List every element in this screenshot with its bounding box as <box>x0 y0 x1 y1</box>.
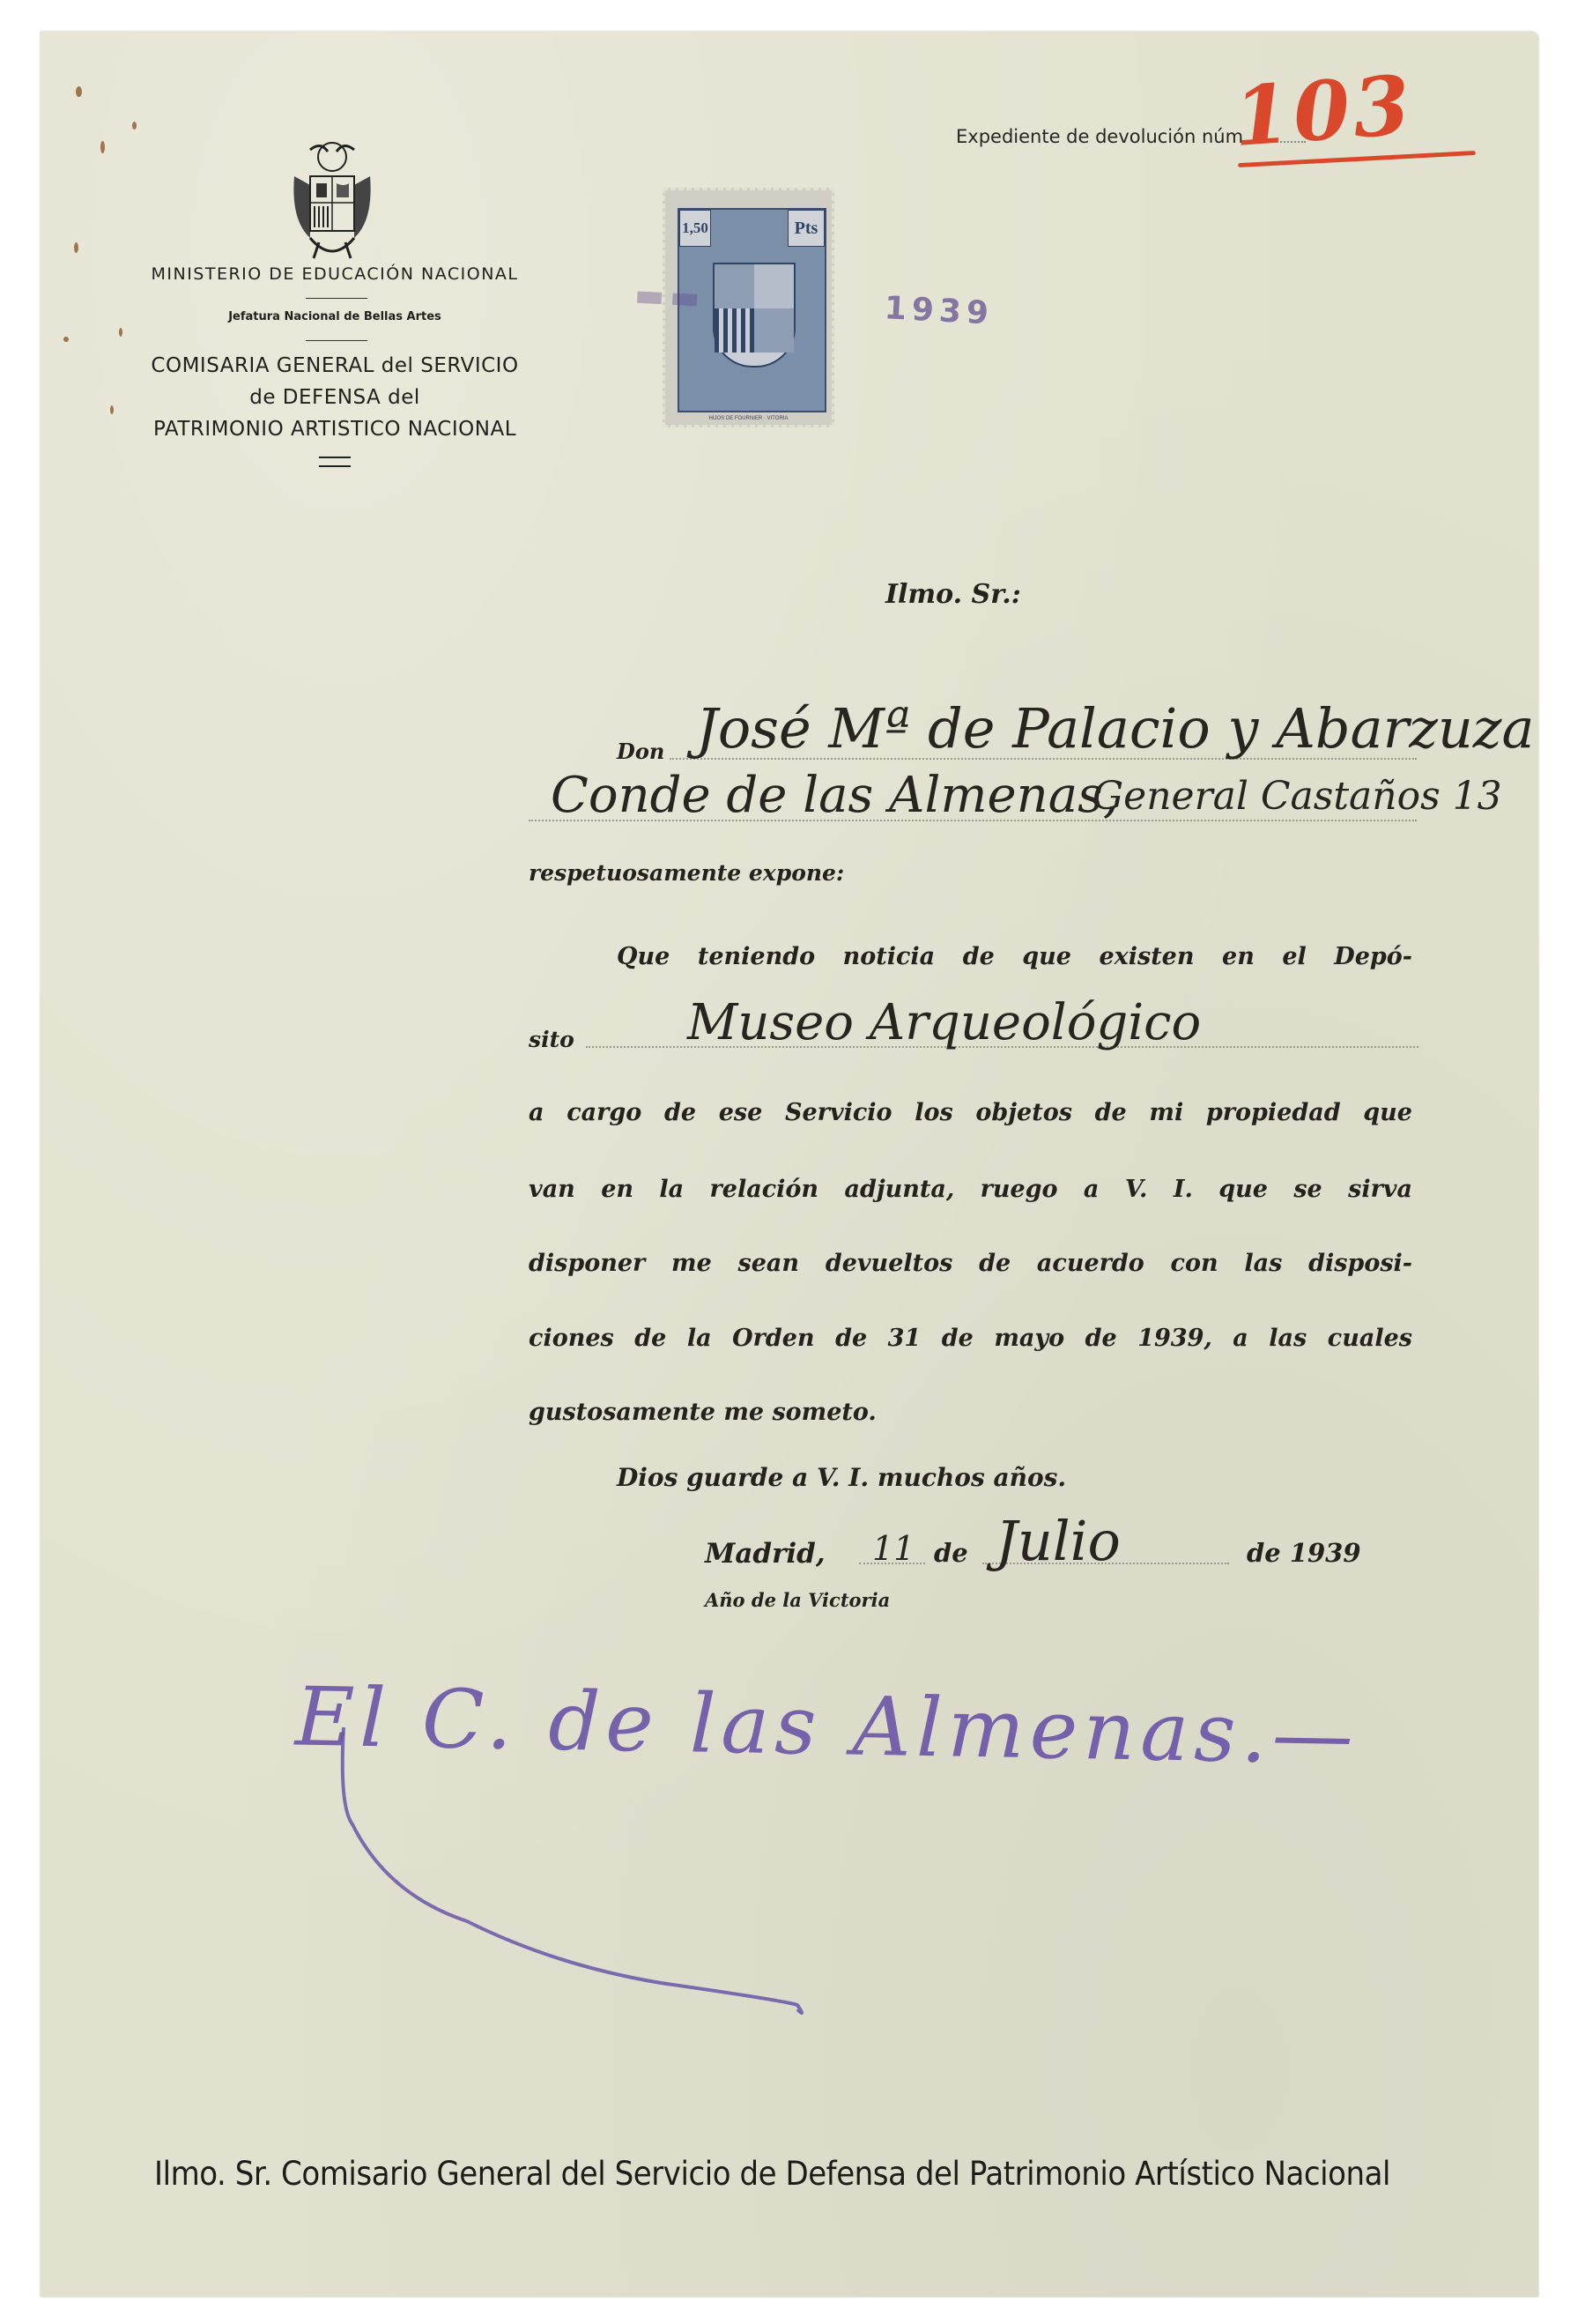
foxing-spot <box>76 86 82 97</box>
foxing-spot <box>100 141 105 153</box>
foxing-spot <box>63 337 69 342</box>
signature-flourish <box>291 1701 819 2018</box>
divider <box>306 298 367 299</box>
stamp-currency: Pts <box>788 210 825 247</box>
coat-of-arms-icon <box>284 132 381 264</box>
comisaria-heading-line3: PATRIMONIO ARTISTICO NACIONAL <box>132 418 537 441</box>
double-rule <box>319 457 351 467</box>
salutation: Ilmo. Sr.: <box>885 579 1021 610</box>
foxing-spot <box>119 328 122 337</box>
body-line-5: disponer me sean devueltos de acuerdo co… <box>529 1250 1412 1277</box>
comisaria-heading-line2: de DEFENSA del <box>132 386 537 409</box>
closing-line: Dios guarde a V. I. muchos años. <box>617 1463 1066 1492</box>
sito-label: sito <box>529 1027 574 1052</box>
petitioner-title: Conde de las Almenas, <box>551 767 1119 824</box>
body-line-1: Que teniendo noticia de que existen en e… <box>617 943 1412 970</box>
date-month: Julio <box>996 1509 1121 1573</box>
expediente-label-text: Expediente de devolución núm. <box>956 126 1249 147</box>
expediente-number: 103 <box>1230 57 1416 165</box>
petitioner-address: General Castaños 13 <box>1092 774 1502 819</box>
date-day: 11 <box>872 1529 915 1568</box>
petitioner-name: José Mª de Palacio y Abarzuza <box>696 696 1534 761</box>
stamp-printer-text: HIJOS DE FOURNIER · VITORIA <box>665 416 832 421</box>
foxing-spot <box>132 122 137 130</box>
addressee-footer: Ilmo. Sr. Comisario General del Servicio… <box>154 2155 1390 2193</box>
don-label: Don <box>617 739 664 764</box>
cancellation-year: 1939 <box>884 290 995 331</box>
comisaria-heading-line1: COMISARIA GENERAL del SERVICIO <box>132 354 537 377</box>
year-note: Año de la Victoria <box>705 1589 890 1611</box>
foxing-spot <box>110 405 114 414</box>
ministry-heading: MINISTERIO DE EDUCACIÓN NACIONAL <box>132 264 537 284</box>
body-line-3: a cargo de ese Servicio los objetos de m… <box>529 1099 1412 1126</box>
body-line-7: gustosamente me someto. <box>529 1399 877 1426</box>
foxing-spot <box>74 242 78 253</box>
deposito-handwritten: Museo Arqueológico <box>687 994 1201 1051</box>
divider <box>306 340 367 341</box>
body-line-4: van en la relación adjunta, ruego a V. I… <box>529 1176 1412 1203</box>
date-de: de <box>934 1538 968 1568</box>
date-city: Madrid, <box>705 1538 826 1570</box>
date-year: de 1939 <box>1247 1538 1361 1568</box>
expone-line: respetuosamente expone: <box>529 860 844 886</box>
body-line-6: ciones de la Orden de 31 de mayo de 1939… <box>529 1325 1412 1352</box>
jefatura-heading: Jefatura Nacional de Bellas Artes <box>132 310 537 323</box>
stamp-value: 1,50 <box>679 210 711 247</box>
